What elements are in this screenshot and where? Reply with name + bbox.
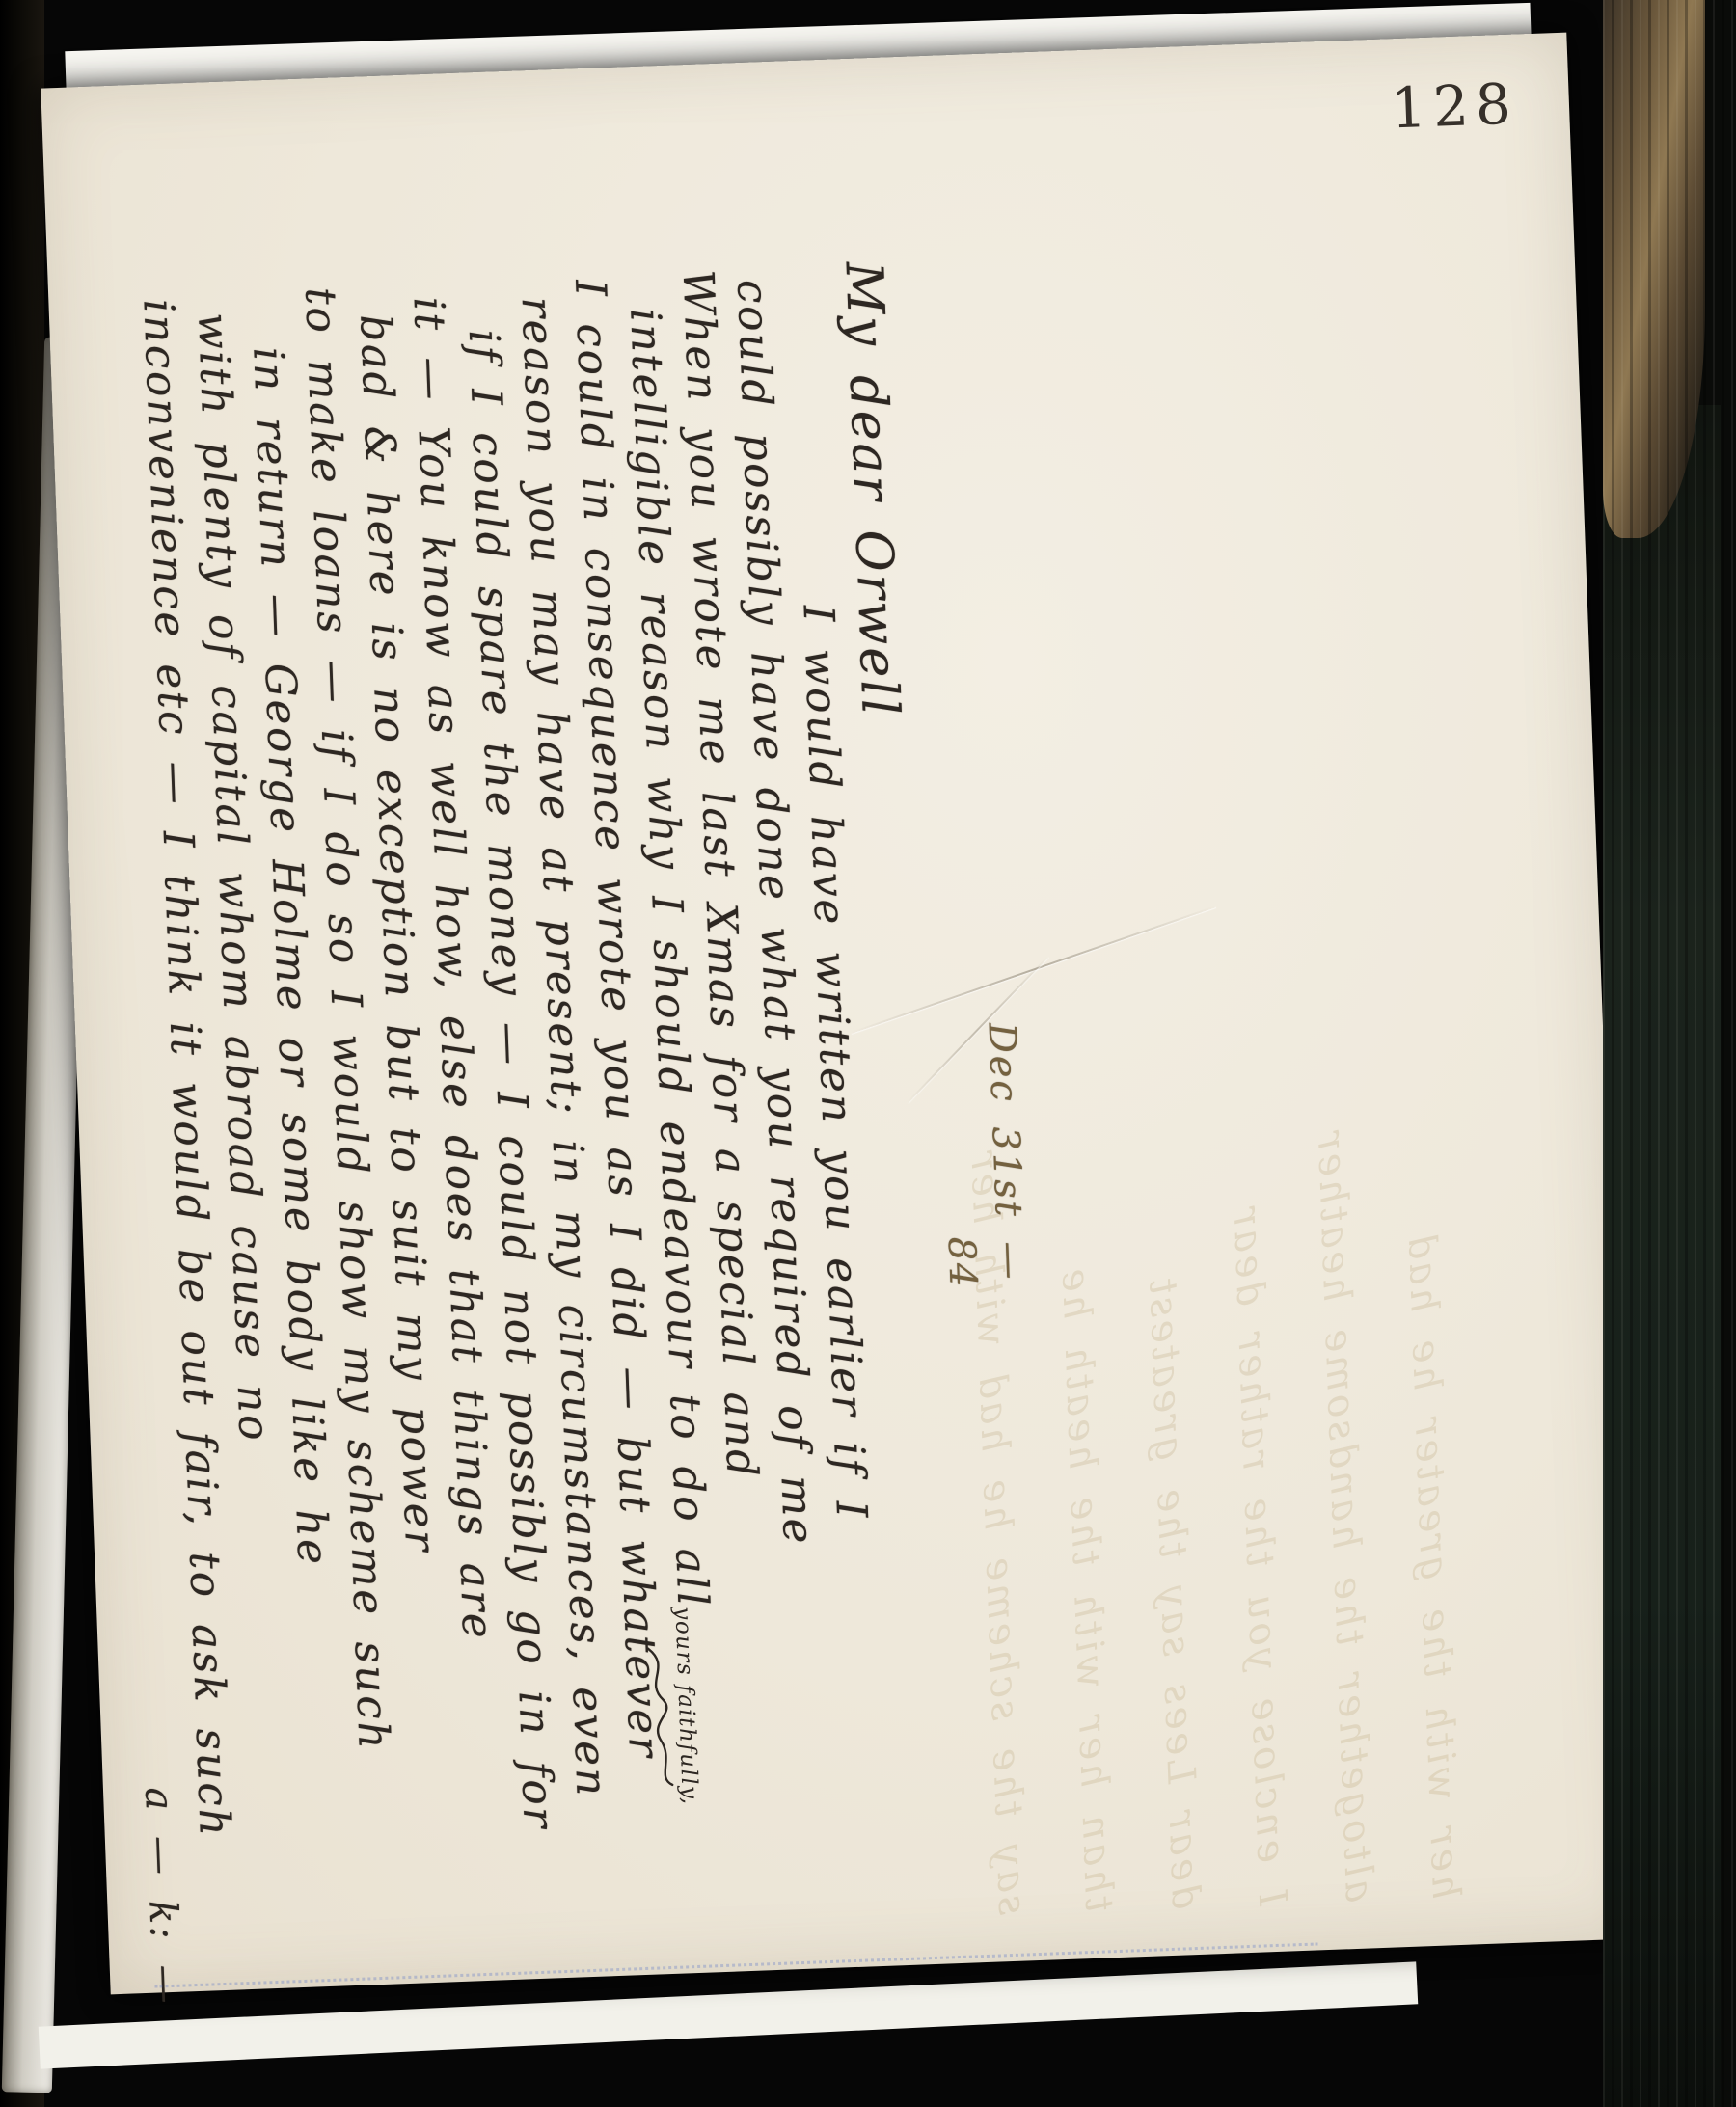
page-number: 128 [1390, 71, 1519, 142]
letter-page: 128 her with the greater he had altogeth… [41, 33, 1636, 1995]
page-edge-texture [1603, 0, 1736, 2107]
bleedthrough-line: dear Lees say the greatest [1080, 221, 1229, 1910]
book-pages-right-edge [1603, 0, 1736, 2107]
handwritten-letter: Dec 31st — 84 My dear Orwell I would hav… [69, 251, 1061, 1961]
bleedthrough-line: I enclose you the rather dear [1167, 218, 1316, 1907]
bleedthrough-line: altogether the handsome heather [1254, 214, 1402, 1904]
letter-body-line: a — k: — [131, 1786, 191, 1952]
bleedthrough-line: her with the greater he had [1341, 211, 1489, 1901]
letter-closing: yours faithfully, [625, 1607, 709, 1994]
book-scan-background: 128 her with the greater he had altogeth… [0, 0, 1736, 2107]
